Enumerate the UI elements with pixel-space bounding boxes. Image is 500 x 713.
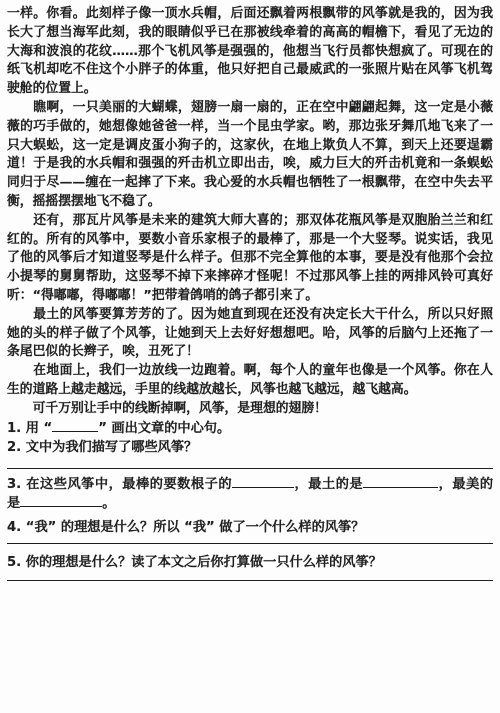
passage-line: 大海和波浪的花纹……那个飞机风筝是强强的，他想当飞行员都快想疯了。可现在的 — [7, 43, 493, 62]
q1-answer-blank — [52, 419, 98, 432]
passage-line: 在地面上，我们一边放线一边跑着。啊，每个人的童年也像是一个风筝。你在人 — [7, 362, 493, 381]
question-4: 4. “我” 的理想是什么？所以 “我” 做了一个什么样的风筝？ — [7, 518, 493, 537]
passage-line: 长大了想当海军此刻，我的眼睛似乎已在那被线牵着的高高的帽檐下，看见了无边的 — [7, 24, 493, 43]
passage-line: 还有，那瓦片风筝是未来的建筑大师大喜的；那双体花瓶风筝是双胞胎兰兰和红 — [7, 212, 493, 231]
question-3-continued: 是。 — [7, 494, 493, 513]
passage-line: 同归于尽——缠在一起摔了下来。我心爱的水兵帽也牺牲了一根飘带，在空中失去平 — [7, 174, 493, 193]
q5-answer-line — [7, 580, 493, 581]
question-3-text: 3. 在这些风筝中，最棒的要数根子的 — [7, 477, 232, 492]
passage-line: 道！于是我的水兵帽和强强的歼击机立即出击，唉，威力巨大的歼击机竟和一条蜈蚣 — [7, 155, 493, 174]
question-1-text: 1. 用 “ — [7, 421, 52, 436]
q3-answer-blank-2 — [363, 475, 438, 488]
worksheet-page: 一样。你看。此刻样子像一顶水兵帽，后面还飘着两根飘带的风筝就是我的，因为我 长大… — [0, 0, 500, 713]
passage: 一样。你看。此刻样子像一顶水兵帽，后面还飘着两根飘带的风筝就是我的，因为我 长大… — [7, 5, 493, 419]
questions-section: 1. 用 “” 画出文章的中心句。 2. 文中为我们描写了哪些风筝？ 3. 在这… — [7, 419, 493, 581]
question-1: 1. 用 “” 画出文章的中心句。 — [7, 419, 493, 438]
question-3: 3. 在这些风筝中，最棒的要数根子的，最土的是，最美的 — [7, 475, 493, 494]
passage-line: 小提琴的舅舅帮助，这竖琴不掉下来摔碎才怪呢！不过那风筝上挂的两排风铃可真好 — [7, 268, 493, 287]
passage-line: 条尾巴似的长辫子，唉，丑死了！ — [7, 343, 493, 362]
q4-answer-line — [7, 543, 493, 544]
passage-line: 红的。所有的风筝中，要数小音乐家根子的最棒了，那是一个大竖琴。说实话，我见 — [7, 231, 493, 250]
passage-line: 瞧啊，一只美丽的大蝴蝶，翅膀一扇一扇的，正在空中翩翩起舞，这一定是小薇 — [7, 99, 493, 118]
q3-answer-blank-1 — [232, 475, 294, 488]
passage-line: 只大蜈蚣，这一定是调皮蛋小狗子的，这家伙，在地上欺负人不算，到天上还要逞霸 — [7, 137, 493, 156]
passage-line: 可千万别让手中的线断掉啊，风筝，是理想的翅膀！ — [7, 400, 493, 419]
passage-line: 最土的风筝要算芳芳的了。因为她直到现在还没有决定长大干什么，所以只好照 — [7, 306, 493, 325]
q3-answer-blank-3 — [20, 494, 102, 507]
q2-answer-line — [7, 468, 493, 469]
question-3-text: ，最土的是 — [294, 477, 363, 492]
question-3-text: 。 — [102, 496, 115, 511]
passage-line: 生的道路上越走越远，手里的线越放越长，风筝也越飞越远，越飞越高。 — [7, 381, 493, 400]
passage-line: 一样。你看。此刻样子像一顶水兵帽，后面还飘着两根飘带的风筝就是我的，因为我 — [7, 5, 493, 24]
question-3-text: 是 — [7, 496, 20, 511]
question-3-text: ，最美的 — [438, 477, 493, 492]
question-5: 5. 你的理想是什么？读了本文之后你打算做一只什么样的风筝？ — [7, 553, 493, 572]
passage-line: 薇的巧手做的，她想像她爸爸一样，当一个昆虫学家。哟，那边张牙舞爪地飞来了一 — [7, 118, 493, 137]
passage-line: 驶舱的位置上。 — [7, 80, 493, 99]
question-1-text: ” 画出文章的中心句。 — [98, 421, 230, 436]
passage-line: 听：“得嘟嘟，得嘟嘟！”把带着鸽哨的鸽子都引来了。 — [7, 287, 493, 306]
passage-line: 了他的风筝后才知道竖琴是什么样子。但那不完全算他的本事，要是没有他那个会拉 — [7, 249, 493, 268]
question-2: 2. 文中为我们描写了哪些风筝？ — [7, 438, 493, 457]
passage-line: 衡，摇摇摆摆地飞不稳了。 — [7, 193, 493, 212]
passage-line: 她的头的样子做了个风筝，让她到天上去好好想想吧。哈，风筝的后脑勺上还拖了一 — [7, 325, 493, 344]
passage-line: 纸飞机却吃不住这个小胖子的体重，他只好把自己最威武的一张照片贴在风筝飞机驾 — [7, 61, 493, 80]
